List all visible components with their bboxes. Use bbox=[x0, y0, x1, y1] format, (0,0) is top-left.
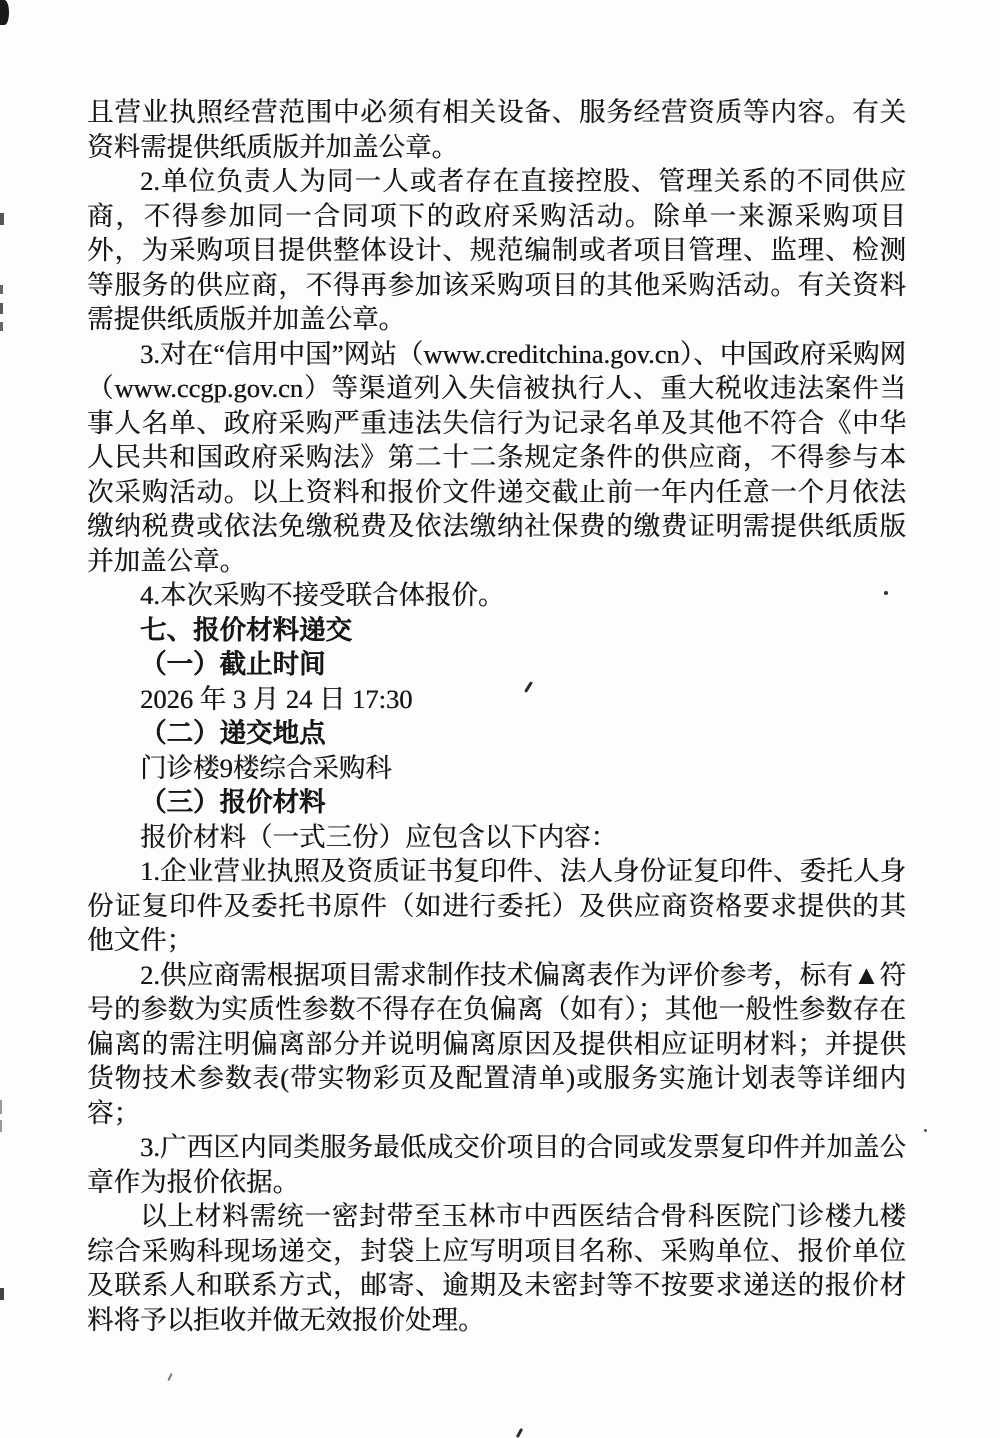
scan-artifact bbox=[924, 1129, 927, 1132]
scan-artifact bbox=[0, 213, 4, 225]
scan-artifact bbox=[0, 303, 3, 314]
paragraph-materials-item-2: 2.供应商需根据项目需求制作技术偏离表作为评价参考，标有▲符号的参数为实质性参数… bbox=[87, 958, 906, 1131]
scan-artifact bbox=[0, 0, 6, 17]
subheading-delivery-place: （二）递交地点 bbox=[87, 716, 906, 751]
scan-artifact bbox=[0, 285, 3, 294]
section-heading-7: 七、报价材料递交 bbox=[87, 613, 906, 648]
document-body: 且营业执照经营范围中必须有相关设备、服务经营资质等内容。有关资料需提供纸质版并加… bbox=[87, 95, 906, 1337]
paragraph-supplier-rule-4: 4.本次采购不接受联合体报价。 bbox=[87, 578, 906, 613]
scan-artifact bbox=[0, 322, 3, 331]
scan-artifact bbox=[516, 1428, 523, 1438]
scanned-document-page: 且营业执照经营范围中必须有相关设备、服务经营资质等内容。有关资料需提供纸质版并加… bbox=[0, 0, 1000, 1438]
scan-artifact bbox=[167, 1373, 172, 1381]
paragraph-supplier-rule-2: 2.单位负责人为同一人或者存在直接控股、管理关系的不同供应商，不得参加同一合同项… bbox=[87, 164, 906, 337]
paragraph-sealing-instructions: 以上材料需统一密封带至玉林市中西医结合骨科医院门诊楼九楼综合采购科现场递交，封袋… bbox=[87, 1199, 906, 1337]
paragraph-materials-item-1: 1.企业营业执照及资质证书复印件、法人身份证复印件、委托人身份证复印件及委托书原… bbox=[87, 854, 906, 958]
delivery-place: 门诊楼9楼综合采购科 bbox=[87, 751, 906, 786]
subheading-quote-materials: （三）报价材料 bbox=[87, 785, 906, 820]
paragraph-materials-item-3: 3.广西区内同类服务最低成交价项目的合同或发票复印件并加盖公章作为报价依据。 bbox=[87, 1130, 906, 1199]
scan-artifact bbox=[0, 1120, 2, 1132]
paragraph-supplier-rule-3: 3.对在“信用中国”网站（www.creditchina.gov.cn）、中国政… bbox=[87, 337, 906, 579]
paragraph-continuation: 且营业执照经营范围中必须有相关设备、服务经营资质等内容。有关资料需提供纸质版并加… bbox=[87, 95, 906, 164]
scan-artifact bbox=[0, 1288, 4, 1300]
subheading-deadline: （一）截止时间 bbox=[87, 647, 906, 682]
deadline-datetime: 2026 年 3 月 24 日 17:30 bbox=[87, 682, 906, 717]
scan-artifact bbox=[0, 1100, 2, 1114]
materials-intro: 报价材料（一式三份）应包含以下内容： bbox=[87, 820, 906, 855]
